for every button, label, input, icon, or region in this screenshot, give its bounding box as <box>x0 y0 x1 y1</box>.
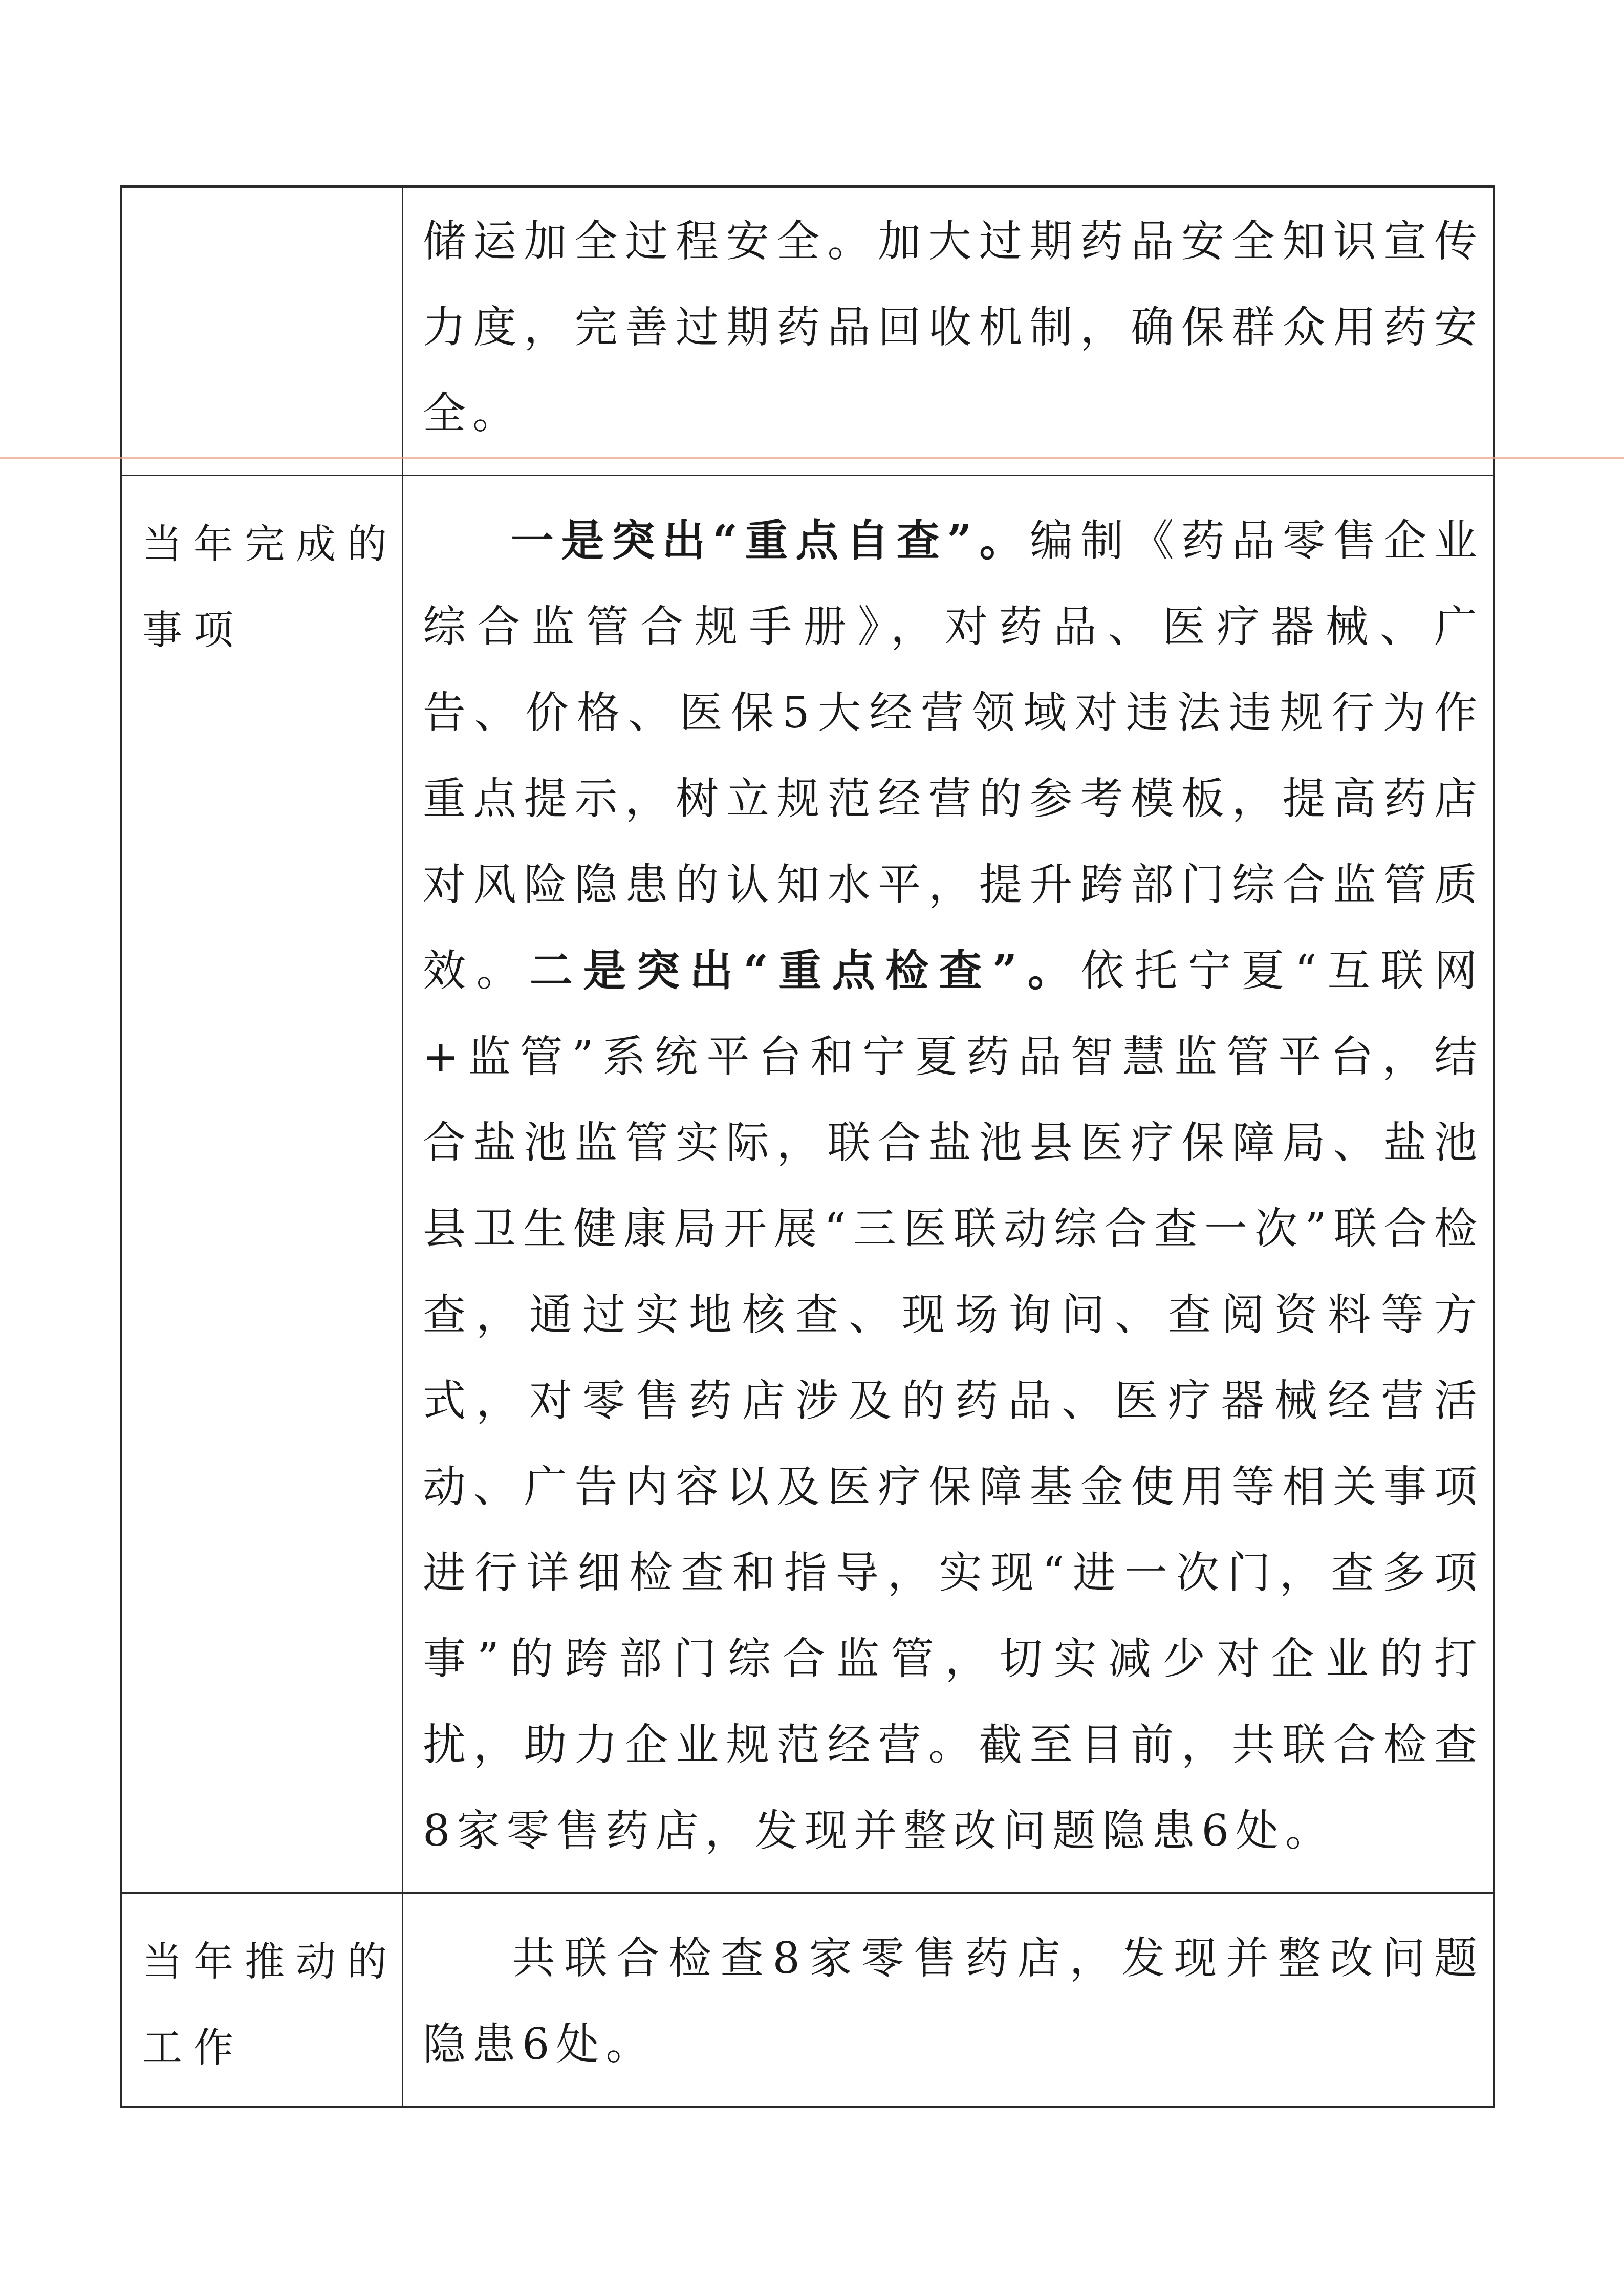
row-content-cell: 共联合检查8家零售药店，发现并整改问题隐患6处。 <box>403 1893 1494 2107</box>
row-content: 一是突出“重点自查”。编制《药品零售企业综合监管合规手册》，对药品、医疗器械、广… <box>403 476 1493 1892</box>
table-row: 当年推动的工作 共联合检查8家零售药店，发现并整改问题隐患6处。 <box>121 1893 1494 2107</box>
scan-artifact-line <box>0 457 1624 459</box>
row-content: 储运加全过程安全。加大过期药品安全知识宣传力度，完善过期药品回收机制，确保群众用… <box>403 188 1493 475</box>
content-text: 共联合检查8家零售药店，发现并整改问题隐患6处。 <box>423 1933 1484 2069</box>
report-table: 储运加全过程安全。加大过期药品安全知识宣传力度，完善过期药品回收机制，确保群众用… <box>120 185 1495 2108</box>
highlight-heading: 二是突出“重点检查”。 <box>530 945 1081 996</box>
row-label-cell: 当年完成的事项 <box>121 476 403 1893</box>
table-row: 储运加全过程安全。加大过期药品安全知识宣传力度，完善过期药品回收机制，确保群众用… <box>121 187 1494 476</box>
row-label: 当年完成的事项 <box>122 476 402 674</box>
table-row: 当年完成的事项 一是突出“重点自查”。编制《药品零售企业综合监管合规手册》，对药… <box>121 476 1494 1893</box>
row-content: 共联合检查8家零售药店，发现并整改问题隐患6处。 <box>403 1894 1493 2106</box>
document-page: 储运加全过程安全。加大过期药品安全知识宣传力度，完善过期药品回收机制，确保群众用… <box>0 0 1624 2296</box>
row-label: 当年推动的工作 <box>122 1894 402 2091</box>
row-label-cell <box>121 187 403 476</box>
row-label <box>122 188 402 213</box>
content-text: 编制《药品零售企业综合监管合规手册》，对药品、医疗器械、广告、价格、医保5大经营… <box>423 516 1484 996</box>
content-text: 储运加全过程安全。加大过期药品安全知识宣传力度，完善过期药品回收机制，确保群众用… <box>423 216 1484 438</box>
row-label-cell: 当年推动的工作 <box>121 1893 403 2107</box>
content-text: 依托宁夏“互联网+监管”系统平台和宁夏药品智慧监管平台，结合盐池监管实际，联合盐… <box>423 946 1484 1856</box>
row-content-cell: 一是突出“重点自查”。编制《药品零售企业综合监管合规手册》，对药品、医疗器械、广… <box>403 476 1494 1893</box>
highlight-heading: 一是突出“重点自查”。 <box>510 515 1030 566</box>
row-content-cell: 储运加全过程安全。加大过期药品安全知识宣传力度，完善过期药品回收机制，确保群众用… <box>403 187 1494 476</box>
